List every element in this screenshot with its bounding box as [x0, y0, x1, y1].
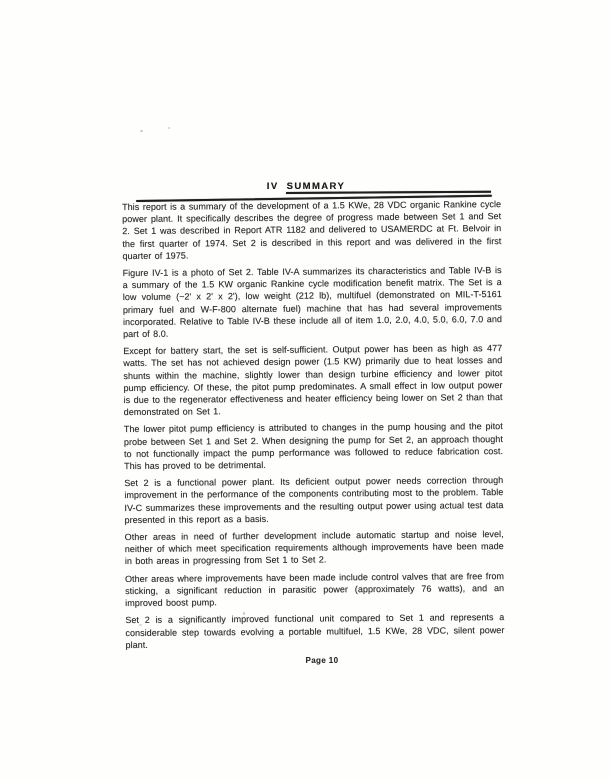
section-heading: IV SUMMARY [0, 181, 612, 192]
paragraph-7: Other areas where improvements have been… [125, 570, 504, 610]
paragraph-5: Set 2 is a functional power plant. Its d… [124, 474, 503, 526]
scan-artifact [139, 624, 142, 626]
paragraph-4: The lower pitot pump efficiency is attri… [124, 420, 503, 472]
scan-artifact [243, 612, 245, 615]
scan-artifact [168, 127, 170, 129]
paragraph-6: Other areas in need of further developme… [125, 528, 504, 568]
body-text: This report is a summary of the developm… [122, 198, 505, 656]
paragraph-8: Set 2 is a significantly improved functi… [125, 611, 504, 651]
page-number: Page 10 [0, 656, 612, 665]
document-page: IV SUMMARY This report is a summary of t… [0, 0, 612, 780]
paragraph-1: This report is a summary of the developm… [122, 198, 501, 262]
scan-artifact [140, 130, 143, 132]
paragraph-2: Figure IV-1 is a photo of Set 2. Table I… [123, 264, 503, 340]
paragraph-3: Except for battery start, the set is sel… [123, 342, 503, 418]
